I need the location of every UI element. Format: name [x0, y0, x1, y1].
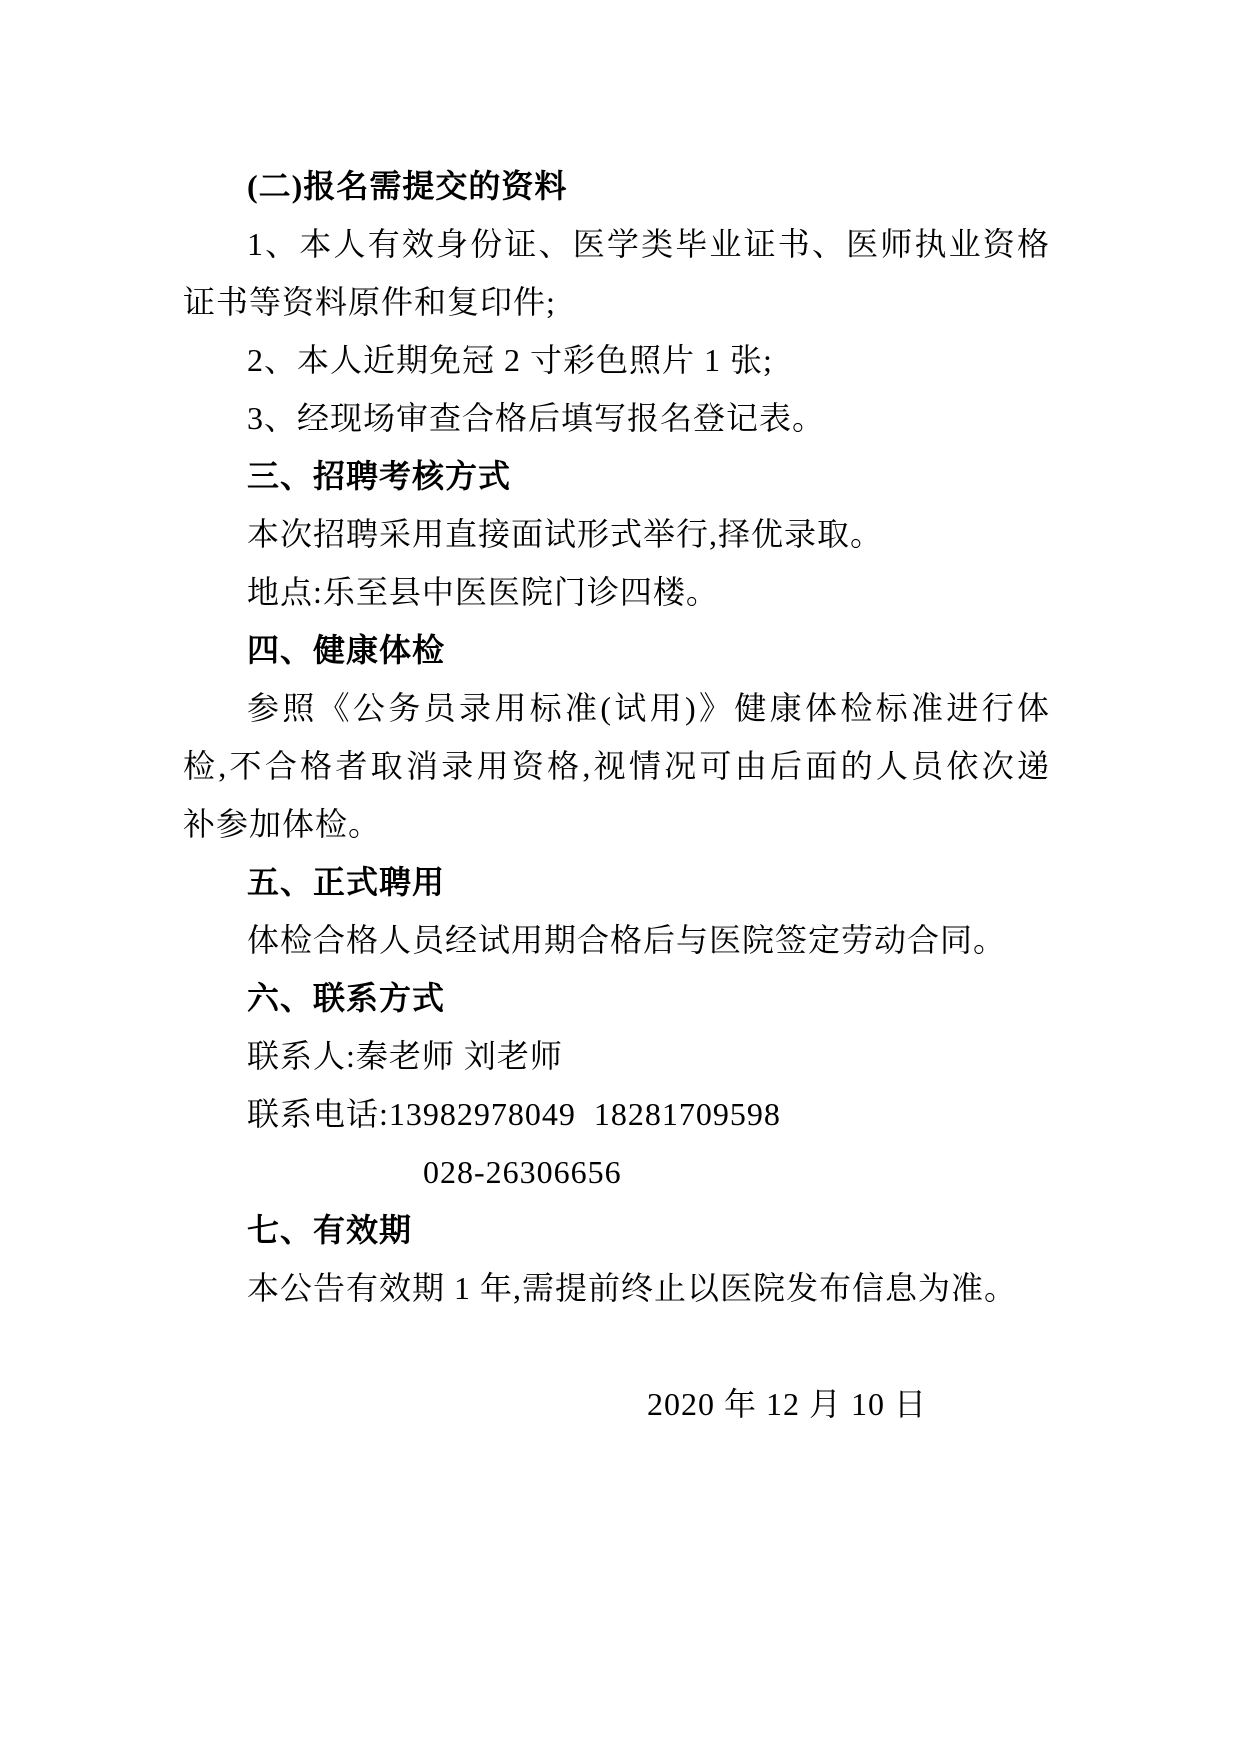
contact-phone-line: 联系电话:13982978049 18281709598	[183, 1085, 1050, 1143]
text-line: 3、经现场审查合格后填写报名登记表。	[183, 389, 1050, 447]
text-line: 2、本人近期免冠 2 寸彩色照片 1 张;	[183, 331, 1050, 389]
document-page: (二)报名需提交的资料1、本人有效身份证、医学类毕业证书、医师执业资格证书等资料…	[0, 0, 1241, 1754]
text-line: 地点:乐至县中医医院门诊四楼。	[183, 563, 1050, 621]
text-line: 补参加体检。	[183, 795, 1050, 853]
text-line: 参照《公务员录用标准(试用)》健康体检标准进行体	[183, 679, 1050, 737]
section-heading-assessment: 三、招聘考核方式	[183, 447, 1050, 505]
text-line: 1、本人有效身份证、医学类毕业证书、医师执业资格	[183, 215, 1050, 273]
document-body: (二)报名需提交的资料1、本人有效身份证、医学类毕业证书、医师执业资格证书等资料…	[183, 157, 1050, 1433]
section-heading-validity: 七、有效期	[183, 1201, 1050, 1259]
contact-phone-line-2: 028-26306656	[183, 1143, 1050, 1201]
contact-person-line: 联系人:秦老师 刘老师	[183, 1027, 1050, 1085]
section-heading-employment: 五、正式聘用	[183, 853, 1050, 911]
text-line: 证书等资料原件和复印件;	[183, 273, 1050, 331]
section-heading-contact: 六、联系方式	[183, 969, 1050, 1027]
text-line: 体检合格人员经试用期合格后与医院签定劳动合同。	[183, 911, 1050, 969]
text-line: 本次招聘采用直接面试形式举行,择优录取。	[183, 505, 1050, 563]
section-heading-materials: (二)报名需提交的资料	[183, 157, 1050, 215]
date-line: 2020 年 12 月 10 日	[183, 1375, 1050, 1433]
text-line: 检,不合格者取消录用资格,视情况可由后面的人员依次递	[183, 737, 1050, 795]
section-heading-health-check: 四、健康体检	[183, 621, 1050, 679]
blank-line	[183, 1317, 1050, 1375]
text-line: 本公告有效期 1 年,需提前终止以医院发布信息为准。	[183, 1259, 1050, 1317]
